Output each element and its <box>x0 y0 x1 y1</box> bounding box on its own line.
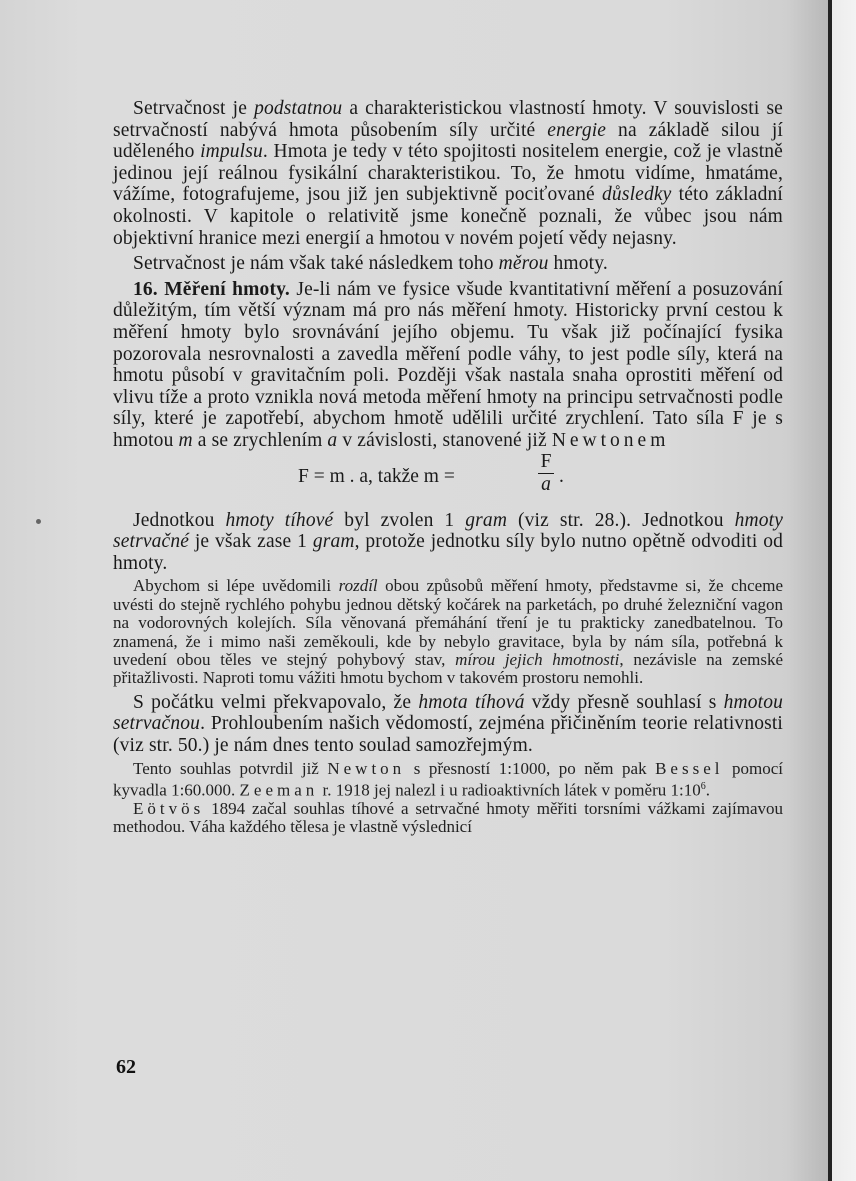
paragraph-section-16: 16. Měření hmoty. Je-li nám ve fysice vš… <box>113 279 783 452</box>
paragraph-measure: Setrvačnost je nám však také následkem t… <box>113 253 783 275</box>
fraction: F a <box>538 452 554 495</box>
paragraph-example-small: Abychom si lépe uvědomili rozdíl obou zp… <box>113 577 783 687</box>
paragraph-units: Jednotkou hmoty tíhové byl zvolen 1 gram… <box>113 510 783 575</box>
paragraph-eotvos-small: Eötvös 1894 začal souhlas tíhové a setrv… <box>113 800 783 837</box>
section-heading: 16. Měření hmoty. <box>133 279 290 300</box>
newton-formula: F = m . a, takže m = F a . <box>113 452 783 510</box>
scan-speck <box>36 519 41 524</box>
page-body: Setrvačnost je podstatnou a charakterist… <box>113 98 783 837</box>
paragraph-inertia: Setrvačnost je podstatnou a charakterist… <box>113 98 783 249</box>
paragraph-equivalence: S počátku velmi překvapovalo, že hmota t… <box>113 692 783 757</box>
paragraph-newton-bessel-small: Tento souhlas potvrdil již Newton s přes… <box>113 760 783 800</box>
page-number: 62 <box>116 1056 136 1079</box>
next-page-edge <box>832 0 856 1181</box>
